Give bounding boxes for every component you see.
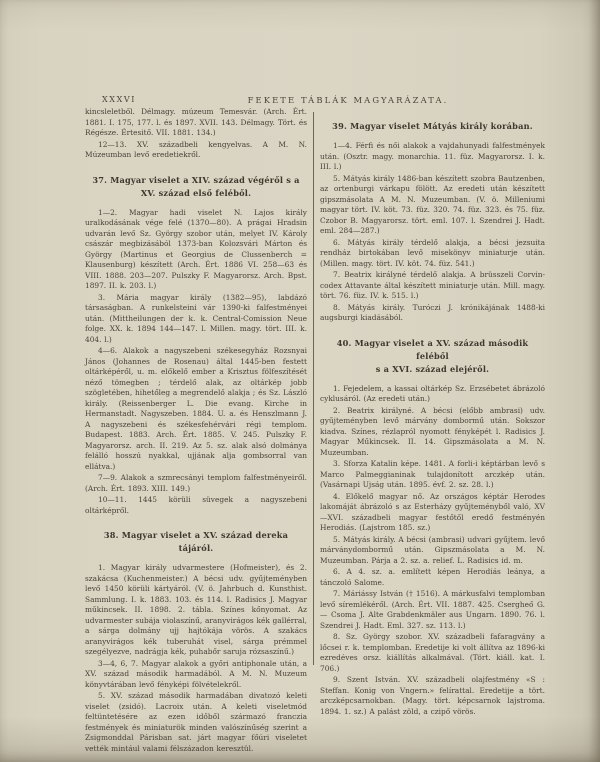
paragraph: 5. Mátyás király. A bécsi (ambrasi) udva… [320, 535, 545, 567]
paragraph: 1—4. Férfi és női alakok a vajdahunyadi … [320, 141, 545, 173]
paragraph: 1—2. Magyar hadi viselet N. Lajos király… [85, 208, 307, 292]
paragraph: 6. A 4. sz. a. említett képen Herodiás l… [320, 567, 545, 588]
section-heading-38-line1: 38. Magyar viselet a XV. század dereka t… [87, 529, 305, 555]
paragraph: 1. Magyar király udvarmestere (Hofmeiste… [85, 563, 307, 658]
paragraph: 12—13. XV. századbeli kengyelvas. A M. N… [85, 140, 307, 161]
section-heading-40-line1: 40. Magyar viselet a XV. század második … [322, 337, 543, 363]
section-heading-39-line1: 39. Magyar viselet Mátyás király korában… [322, 120, 543, 133]
paragraph: 10—11. 1445 körüli süvegek a nagyszebeni… [85, 495, 307, 516]
paragraph: 3—4, 6, 7. Magyar alakok a győri antipho… [85, 659, 307, 691]
page-number: XXXVI [102, 95, 136, 104]
book-page: XXXVI FEKETE TÁBLÁK MAGYARÁZATA. kincsle… [0, 0, 600, 762]
section-heading-38: 38. Magyar viselet a XV. század dereka t… [87, 529, 305, 555]
running-title: FEKETE TÁBLÁK MAGYARÁZATA. [248, 95, 449, 105]
paragraph: 8. Mátyás király. Turóczi J. krónikájána… [320, 303, 545, 324]
right-column: 39. Magyar viselet Mátyás király korában… [320, 107, 545, 755]
paragraph: 4. Előkelő magyar nő. Az országos képtár… [320, 492, 545, 534]
paragraph: 6. Mátyás király térdelő alakja, a bécsi… [320, 238, 545, 270]
paragraph: 7. Máriássy István († 1516). A márkusfal… [320, 589, 545, 631]
paragraph: 5. Mátyás király 1486-ban készített szob… [320, 174, 545, 237]
section-heading-40-line2: s a XVI. század elejéről. [322, 363, 543, 376]
paragraph: 7. Beatrix királyné térdelő alakja. A br… [320, 270, 545, 302]
paragraph: 5. XV. század második harmadában divatoz… [85, 691, 307, 754]
section-heading-40: 40. Magyar viselet a XV. század második … [322, 337, 543, 376]
paragraph: 7—9. Alakok a szmrecsányi templom falfes… [85, 473, 307, 494]
left-column: kincsleletből. Délmagy. múzeum Temesvár.… [85, 107, 307, 755]
paragraph: 1. Fejedelem, a kassai oltárkép Sz. Erzs… [320, 384, 545, 405]
paragraph: 3. Mária magyar király (1382—95), labdáz… [85, 293, 307, 346]
section-heading-37: 37. Magyar viselet a XIV. század végéről… [87, 174, 305, 200]
section-heading-37-line2: XV. század első feléből. [87, 187, 305, 200]
text-columns: kincsleletből. Délmagy. múzeum Temesvár.… [85, 107, 545, 755]
paragraph: 2. Beatrix királyné. A bécsi (előbb ambr… [320, 406, 545, 459]
paragraph: 8. Sz. György szobor. XV. századbeli faf… [320, 632, 545, 674]
paragraph-continuation: kincsleletből. Délmagy. múzeum Temesvár.… [85, 107, 307, 139]
paragraph: 9. Szent István. XV. századbeli olajfest… [320, 675, 545, 717]
section-heading-37-line1: 37. Magyar viselet a XIV. század végéről… [87, 174, 305, 187]
paragraph: 4—6. Alakok a nagyszebeni székesegyház R… [85, 346, 307, 472]
section-heading-39: 39. Magyar viselet Mátyás király korában… [322, 120, 543, 133]
paragraph: 3. Sforza Katalin képe. 1481. A forli-i … [320, 459, 545, 491]
